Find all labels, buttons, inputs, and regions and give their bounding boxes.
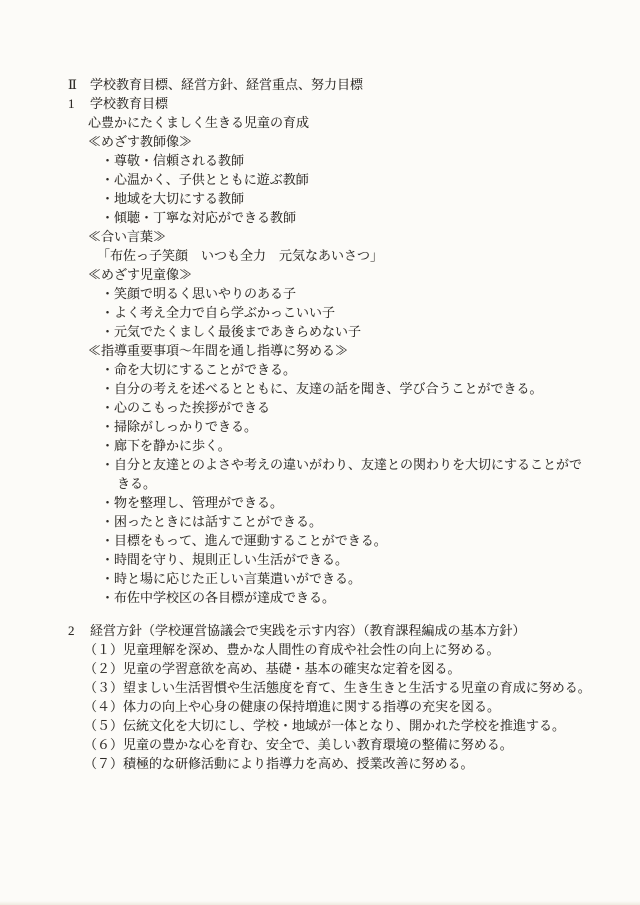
child-ideal-item: ・元気でたくましく最後まであきらめない子 [0, 322, 640, 341]
scan-edge-artifact [0, 901, 640, 905]
key-guidance-item: ・物を整理し、管理ができる。 [0, 493, 640, 512]
chapter-number: Ⅱ [68, 75, 90, 94]
slogan-text: 「布佐っ子笑顔 いつも全力 元気なあいさつ」 [0, 246, 640, 265]
policy-item: （３）望ましい生活習慣や生活態度を育て、生き生きと生活する児童の育成に努める。 [0, 678, 640, 697]
section1-title: 学校教育目標 [90, 96, 168, 111]
chapter-heading: Ⅱ学校教育目標、経営方針、経営重点、努力目標 [0, 75, 640, 94]
teacher-ideal-item: ・心温かく、子供とともに遊ぶ教師 [0, 170, 640, 189]
key-guidance-item: ・心のこもった挨拶ができる [0, 398, 640, 417]
key-guidance-item: ・時間を守り、規則正しい生活ができる。 [0, 550, 640, 569]
chapter-title: 学校教育目標、経営方針、経営重点、努力目標 [90, 77, 363, 92]
section2-title: 経営方針（学校運営協議会で実践を示す内容）（教育課程編成の基本方針） [90, 623, 526, 638]
policy-item: （１）児童理解を深め、豊かな人間性の育成や社会性の向上に努める。 [0, 640, 640, 659]
policy-item: （６）児童の豊かな心を育む、安全で、美しい教育環境の整備に努める。 [0, 735, 640, 754]
policy-item: （７）積極的な研修活動により指導力を高め、授業改善に努める。 [0, 754, 640, 773]
policy-item: （４）体力の向上や心身の健康の保持増進に関する指導の充実を図る。 [0, 697, 640, 716]
key-guidance-item-continuation: きる。 [0, 474, 640, 493]
teacher-ideal-header: ≪めざす教師像≫ [0, 132, 640, 151]
teacher-ideal-item: ・傾聴・丁寧な対応ができる教師 [0, 208, 640, 227]
section1-number: 1 [68, 94, 90, 113]
child-ideal-item: ・笑顔で明るく思いやりのある子 [0, 284, 640, 303]
key-guidance-header: ≪指導重要事項～年間を通し指導に努める≫ [0, 341, 640, 360]
teacher-ideal-item: ・地域を大切にする教師 [0, 189, 640, 208]
key-guidance-item: ・掃除がしっかりできる。 [0, 417, 640, 436]
key-guidance-item: ・自分と友達とのよさや考えの違いがわり、友達との関わりを大切にすることがで [0, 455, 640, 474]
school-goal: 心豊かにたくましく生きる児童の育成 [0, 113, 640, 132]
slogan-header: ≪合い言葉≫ [0, 227, 640, 246]
key-guidance-item: ・廊下を静かに歩く。 [0, 436, 640, 455]
section2-heading: 2経営方針（学校運営協議会で実践を示す内容）（教育課程編成の基本方針） [0, 621, 640, 640]
policy-item: （５）伝統文化を大切にし、学校・地域が一体となり、開かれた学校を推進する。 [0, 716, 640, 735]
document-page: Ⅱ学校教育目標、経営方針、経営重点、努力目標 1学校教育目標 心豊かにたくましく… [0, 0, 640, 905]
key-guidance-item: ・自分の考えを述べるとともに、友達の話を聞き、学び合うことができる。 [0, 379, 640, 398]
child-ideal-header: ≪めざす児童像≫ [0, 265, 640, 284]
teacher-ideal-item: ・尊敬・信頼される教師 [0, 151, 640, 170]
key-guidance-item: ・時と場に応じた正しい言葉遣いができる。 [0, 569, 640, 588]
section2-number: 2 [68, 621, 90, 640]
key-guidance-item: ・布佐中学校区の各目標が達成できる。 [0, 588, 640, 607]
policy-item: （２）児童の学習意欲を高め、基礎・基本の確実な定着を図る。 [0, 659, 640, 678]
key-guidance-item: ・困ったときには話すことができる。 [0, 512, 640, 531]
section1-heading: 1学校教育目標 [0, 94, 640, 113]
child-ideal-item: ・よく考え全力で自ら学ぶかっこいい子 [0, 303, 640, 322]
key-guidance-item: ・目標をもって、進んで運動することができる。 [0, 531, 640, 550]
key-guidance-item: ・命を大切にすることができる。 [0, 360, 640, 379]
